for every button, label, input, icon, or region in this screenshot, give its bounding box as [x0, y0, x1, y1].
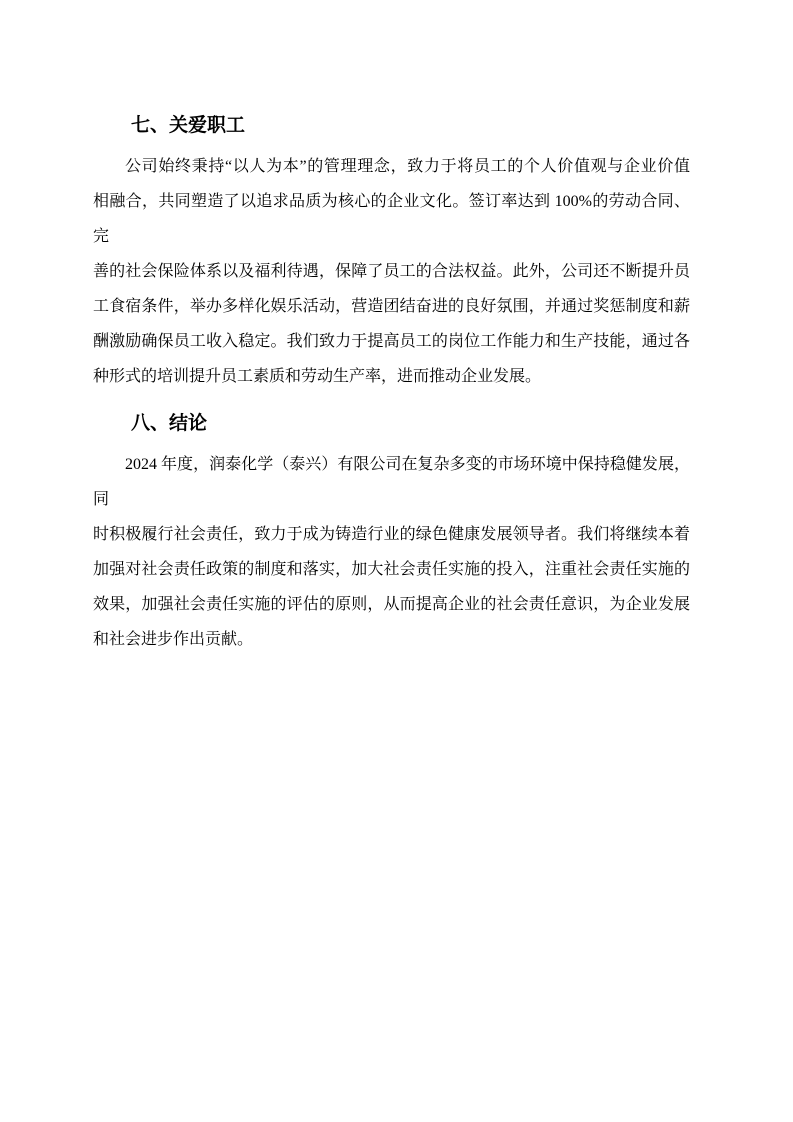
document-content: 七、关爱职工 公司始终秉持“以人为本”的管理理念，致力于将员工的个人价值观与企业… — [93, 108, 690, 669]
section-heading-caring-for-employees: 七、关爱职工 — [93, 108, 690, 143]
paragraph-line: 相融合，共同塑造了以追求品质为核心的企业文化。签订率达到 100%的劳动合同、完 — [93, 184, 690, 254]
section-paragraph-conclusion: 2024 年度，润泰化学（泰兴）有限公司在复杂多变的市场环境中保持稳健发展，同时… — [93, 447, 690, 657]
section-heading-conclusion: 八、结论 — [93, 406, 690, 441]
document-page: 七、关爱职工 公司始终秉持“以人为本”的管理理念，致力于将员工的个人价值观与企业… — [0, 0, 793, 1122]
paragraph-line: 效果，加强社会责任实施的评估的原则，从而提高企业的社会责任意识，为企业发展 — [93, 587, 690, 622]
paragraph-line: 和社会进步作出贡献。 — [93, 622, 690, 657]
paragraph-line: 时积极履行社会责任，致力于成为铸造行业的绿色健康发展领导者。我们将继续本着 — [93, 517, 690, 552]
section-paragraph-caring-for-employees: 公司始终秉持“以人为本”的管理理念，致力于将员工的个人价值观与企业价值相融合，共… — [93, 149, 690, 394]
paragraph-line: 酬激励确保员工收入稳定。我们致力于提高员工的岗位工作能力和生产技能，通过各 — [93, 324, 690, 359]
paragraph-line: 工食宿条件，举办多样化娱乐活动，营造团结奋进的良好氛围，并通过奖惩制度和薪 — [93, 289, 690, 324]
paragraph-line: 种形式的培训提升员工素质和劳动生产率，进而推动企业发展。 — [93, 359, 690, 394]
paragraph-line: 加强对社会责任政策的制度和落实，加大社会责任实施的投入，注重社会责任实施的 — [93, 552, 690, 587]
paragraph-line: 公司始终秉持“以人为本”的管理理念，致力于将员工的个人价值观与企业价值 — [93, 149, 690, 184]
paragraph-line: 善的社会保险体系以及福利待遇，保障了员工的合法权益。此外，公司还不断提升员 — [93, 254, 690, 289]
paragraph-line: 2024 年度，润泰化学（泰兴）有限公司在复杂多变的市场环境中保持稳健发展，同 — [93, 447, 690, 517]
